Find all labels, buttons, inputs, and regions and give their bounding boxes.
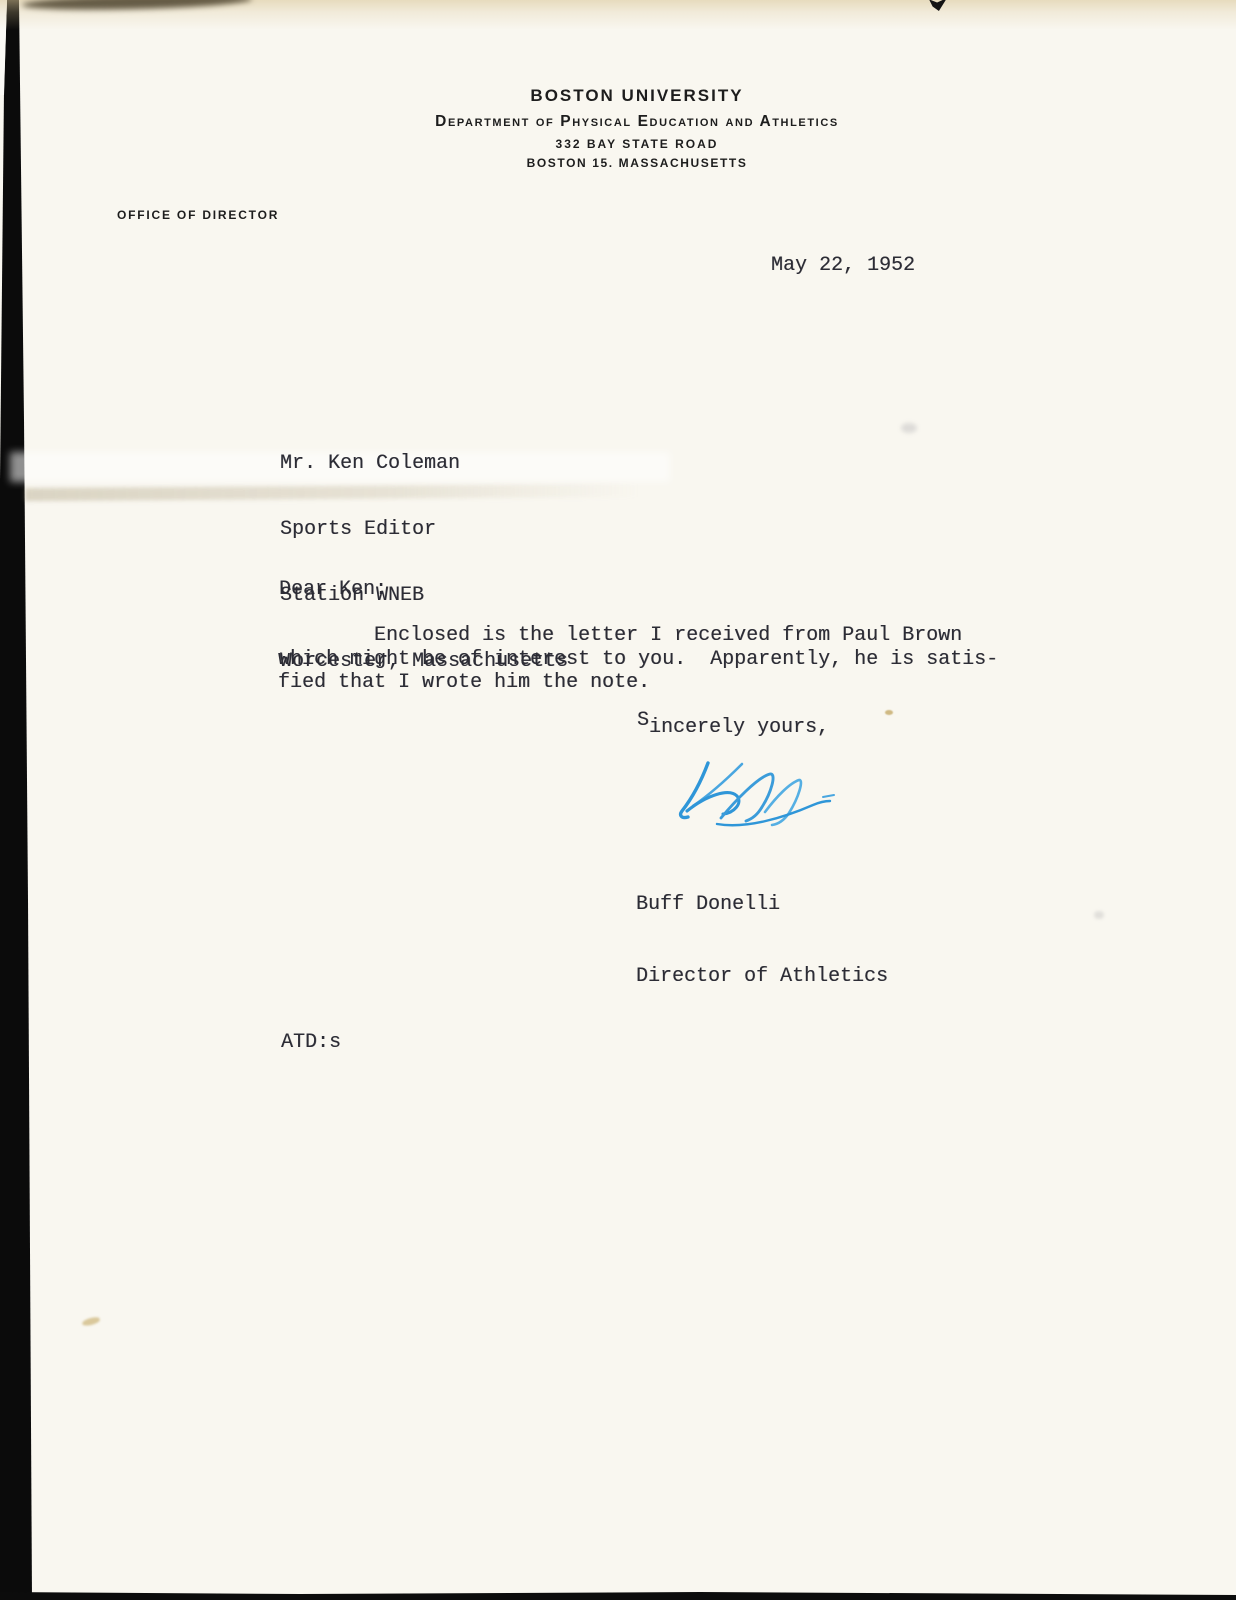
letterhead-department: Department of Physical Education and Ath… <box>19 113 1236 131</box>
closing-raised-initial: S <box>637 709 649 732</box>
closing-line: Sincerely yours, <box>637 716 829 739</box>
scanned-letter-page: { "letterhead": { "institution": "BOSTON… <box>0 0 1236 1600</box>
recipient-name: Mr. Ken Coleman <box>280 453 568 475</box>
closing-rest: incerely yours, <box>649 716 829 739</box>
letter-date: May 22, 1952 <box>771 254 915 277</box>
office-of-director-label: OFFICE OF DIRECTOR <box>117 208 279 222</box>
signer-name: Buff Donelli <box>636 893 888 917</box>
scan-left-edge-shadow <box>0 0 36 1600</box>
letterhead: BOSTON UNIVERSITY Department of Physical… <box>19 86 1236 170</box>
signature-handwriting <box>662 753 840 835</box>
recipient-title: Sports Editor <box>280 519 568 541</box>
salutation: Dear Ken: <box>279 578 387 601</box>
letterhead-institution: BOSTON UNIVERSITY <box>19 86 1236 106</box>
paper-smudge <box>901 423 917 433</box>
paper-squiggle-mark <box>81 1316 100 1327</box>
reference-initials: ATD:s <box>281 1031 341 1054</box>
scan-bottom-edge-shadow <box>0 1592 1236 1600</box>
paper-speck <box>885 710 893 715</box>
signer-title: Director of Athletics <box>636 965 888 989</box>
letterhead-city-address: BOSTON 15. MASSACHUSETTS <box>19 156 1236 170</box>
paper-speck <box>1094 911 1104 919</box>
letter-body-paragraph: Enclosed is the letter I received from P… <box>278 624 998 695</box>
signature-block: Buff Donelli Director of Athletics <box>636 845 888 1013</box>
letterhead-street-address: 332 BAY STATE ROAD <box>19 137 1236 151</box>
signature-ink-strokes <box>662 753 840 835</box>
